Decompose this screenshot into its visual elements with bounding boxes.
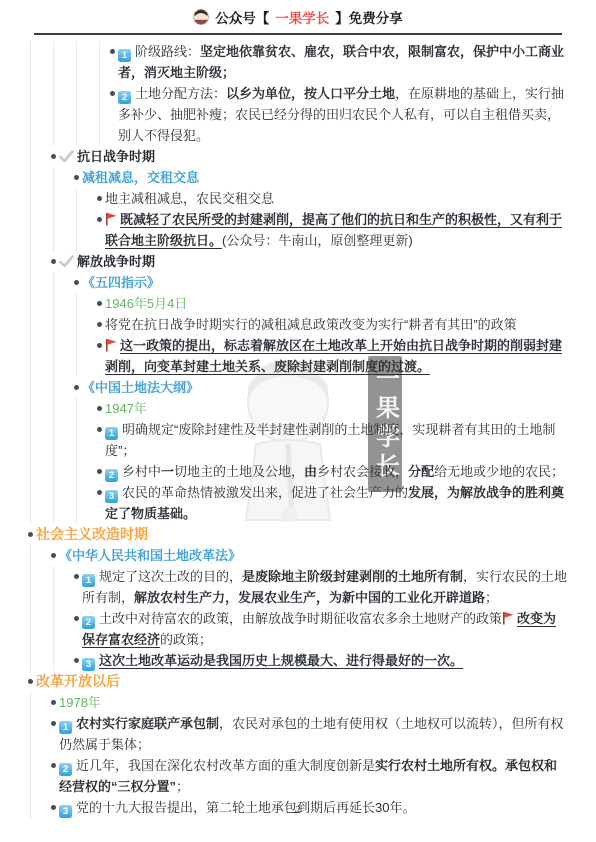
text-segment: 乡村中 xyxy=(122,464,161,479)
outline-node: 1农村实行家庭联产承包制，农民对承包的土地有使用权（土地权可以流转），但所有权仍… xyxy=(47,713,568,755)
text-segment: 解放农村生产力，发展农业生产，为新中国的工业化开辟道路 xyxy=(134,590,485,605)
outline-text: 3农民的革命热情被激发出来，促进了社会生产力的发展，为解放战争的胜利奠定了物质基… xyxy=(105,482,568,524)
outline-row: 2近几年，我国在深化农村改革方面的重大制度创新是实行农村土地所有权。承包权和经营… xyxy=(47,755,568,797)
outline-text: 1946年5月4日 xyxy=(105,293,568,314)
account-avatar-icon xyxy=(193,9,209,25)
outline-row: 抗日战争时期 xyxy=(47,146,568,167)
outline-text: 1947年 xyxy=(105,398,568,419)
check-icon xyxy=(59,150,74,163)
outline-node: 抗日战争时期减租减息，交租交息地主减租减息，农民交租交息既减轻了农民所受的封建剥… xyxy=(47,146,568,251)
outline-node: 2土改中对待富农的政策，由解放战争时期征收富农多余土地财产的政策改变为保存富农经… xyxy=(70,608,568,650)
number-badge-icon: 1 xyxy=(105,427,118,440)
outline-text: 《五四指示》 xyxy=(82,272,568,293)
outline-row: 1明确规定“废除封建性及半封建性剥削的土地制度，实现耕者有其田的土地制度”； xyxy=(93,419,568,461)
text-segment: 《中华人民共和国土地改革法》 xyxy=(59,548,241,563)
outline-node: 1阶级路线：坚定地依靠贫农、雇农，联合中农，限制富农，保护中小工商业者，消灭地主… xyxy=(106,41,568,83)
outline-node: 1946年5月4日 xyxy=(93,293,568,314)
outline-row: 2土改中对待富农的政策，由解放战争时期征收富农多余土地财产的政策改变为保存富农经… xyxy=(70,608,568,650)
bullet-dot xyxy=(47,755,59,797)
outline-text: 1规定了这次土改的目的，是废除地主阶级封建剥削的土地所有制，实行农民的土地所有制… xyxy=(82,566,568,608)
page-number: 2 xyxy=(0,804,596,816)
bullet-dot xyxy=(47,146,59,167)
outline-row: 1规定了这次土改的目的，是废除地主阶级封建剥削的土地所有制，实行农民的土地所有制… xyxy=(70,566,568,608)
text-segment: 规定了这次土改的目的， xyxy=(99,569,242,584)
outline-node: 1阶级路线：坚定地依靠贫农、雇农，联合中农，限制富农，保护中小工商业者，消灭地主… xyxy=(47,41,568,146)
text-segment: 以乡为单位，按人口平分土地 xyxy=(226,86,395,101)
document-body: 1阶级路线：坚定地依靠贫农、雇农，联合中农，限制富农，保护中小工商业者，消灭地主… xyxy=(0,35,596,818)
text-segment: 减租减息，交租交息 xyxy=(82,170,199,185)
outline-row: 将党在抗日战争时期实行的减租减息政策改变为实行“耕者有其田”的政策 xyxy=(93,314,568,335)
outline-children: 减租减息，交租交息地主减租减息，农民交租交息既减轻了农民所受的封建剥削，提高了他… xyxy=(53,167,568,251)
outline-text: 2土改中对待富农的政策，由解放战争时期征收富农多余土地财产的政策改变为保存富农经… xyxy=(82,608,568,650)
text-segment: 改革开放以后 xyxy=(36,673,120,689)
header-title-prefix: 公众号【 xyxy=(215,7,269,27)
outline-node: 地主减租减息，农民交租交息 xyxy=(93,188,568,209)
outline-text: 《中华人民共和国土地改革法》 xyxy=(59,545,568,566)
outline-row: 3农民的革命热情被激发出来，促进了社会生产力的发展，为解放战争的胜利奠定了物质基… xyxy=(93,482,568,524)
bullet-dot xyxy=(47,692,59,713)
number-badge-icon: 2 xyxy=(59,763,72,776)
outline-row: 地主减租减息，农民交租交息 xyxy=(93,188,568,209)
outline-text: 改革开放以后 xyxy=(36,671,568,692)
text-segment: 明确规定“废除封建性及半封建性剥削的土地制度，实现耕者有其田的土地制度”； xyxy=(105,422,555,458)
outline-node: 3农民的革命热情被激发出来，促进了社会生产力的发展，为解放战争的胜利奠定了物质基… xyxy=(93,482,568,524)
outline-root: 1阶级路线：坚定地依靠贫农、雇农，联合中农，限制富农，保护中小工商业者，消灭地主… xyxy=(24,41,568,818)
check-icon xyxy=(59,255,74,268)
outline-row: 既减轻了农民所受的封建剥削，提高了他们的抗日和生产的积极性，又有利于联合地主阶级… xyxy=(93,209,568,251)
outline-row: 2土地分配方法：以乡为单位，按人口平分土地，在原耕地的基础上，实行抽多补少、抽肥… xyxy=(106,83,568,146)
bullet-dot xyxy=(47,251,59,272)
outline-node: 2近几年，我国在深化农村改革方面的重大制度创新是实行农村土地所有权。承包权和经营… xyxy=(47,755,568,797)
outline-text: 2乡村中一切地主的土地及公地，由乡村农会接收，分配给无地或少地的农民； xyxy=(105,461,568,482)
flag-icon xyxy=(105,212,117,226)
text-segment: 1978年 xyxy=(59,695,101,710)
number-badge-icon: 3 xyxy=(82,658,95,671)
number-badge-icon: 1 xyxy=(82,574,95,587)
text-segment: 农村实行家庭联产承包制 xyxy=(76,716,219,731)
number-badge-icon: 3 xyxy=(105,490,118,503)
outline-children: 1978年1农村实行家庭联产承包制，农民对承包的土地有使用权（土地权可以流转），… xyxy=(30,692,568,818)
page-header: 公众号【一果学长】免费分享 xyxy=(34,0,562,35)
outline-text: 这一政策的提出，标志着解放区在土地改革上开始由抗日战争时期的削弱封建剥削，向变革… xyxy=(105,335,568,377)
text-segment: 农民的革命热情被激发出来，促进了社会生产力的 xyxy=(122,485,408,500)
text-segment: 土改中对待富农的政策，由解放战争时期征收富农多余土地财产的政策 xyxy=(99,611,502,626)
outline-row: 1农村实行家庭联产承包制，农民对承包的土地有使用权（土地权可以流转），但所有权仍… xyxy=(47,713,568,755)
outline-text: 抗日战争时期 xyxy=(59,146,568,167)
outline-children: 1947年1明确规定“废除封建性及半封建性剥削的土地制度，实现耕者有其田的土地制… xyxy=(76,398,568,524)
outline-row: 减租减息，交租交息 xyxy=(70,167,568,188)
outline-text: 既减轻了农民所受的封建剥削，提高了他们的抗日和生产的积极性，又有利于联合地主阶级… xyxy=(105,209,568,251)
bullet-dot xyxy=(70,650,82,671)
text-segment: 给无地或少地的农民； xyxy=(434,464,564,479)
outline-node: 2乡村中一切地主的土地及公地，由乡村农会接收，分配给无地或少地的农民； xyxy=(93,461,568,482)
bullet-dot xyxy=(106,83,118,146)
text-segment: 近几年，我国在深化农村改革方面的重大制度创新是 xyxy=(76,758,375,773)
outline-children: 1阶级路线：坚定地依靠贫农、雇农，联合中农，限制富农，保护中小工商业者，消灭地主… xyxy=(53,41,568,146)
number-badge-icon: 2 xyxy=(105,469,118,482)
outline-row: 1阶级路线：坚定地依靠贫农、雇农，联合中农，限制富农，保护中小工商业者，消灭地主… xyxy=(106,41,568,83)
number-badge-icon: 2 xyxy=(82,616,95,629)
outline-node: 社会主义改造时期《中华人民共和国土地改革法》1规定了这次土改的目的，是废除地主阶… xyxy=(24,524,568,671)
outline-children: 1规定了这次土改的目的，是废除地主阶级封建剥削的土地所有制，实行农民的土地所有制… xyxy=(53,566,568,671)
outline-text: 《中国土地法大纲》 xyxy=(82,377,568,398)
text-segment: 《中国土地法大纲》 xyxy=(82,380,199,395)
outline-row: 1978年 xyxy=(47,692,568,713)
outline-node: 1阶级路线：坚定地依靠贫农、雇农，联合中农，限制富农，保护中小工商业者，消灭地主… xyxy=(70,41,568,146)
outline-children: 1阶级路线：坚定地依靠贫农、雇农，联合中农，限制富农，保护中小工商业者，消灭地主… xyxy=(76,41,568,146)
text-segment: 这一政策的提出，标志着解放区在土地改革上开始由抗日战争时期的削弱封建剥削，向变革… xyxy=(105,338,562,374)
bullet-dot xyxy=(93,209,105,251)
outline-text: 减租减息，交租交息 xyxy=(82,167,568,188)
outline-text: 1阶级路线：坚定地依靠贫农、雇农，联合中农，限制富农，保护中小工商业者，消灭地主… xyxy=(118,41,568,83)
outline-text: 地主减租减息，农民交租交息 xyxy=(105,188,568,209)
text-segment: ； xyxy=(176,779,189,794)
bullet-dot xyxy=(70,167,82,188)
flag-icon xyxy=(105,338,117,352)
outline-node: 《中国土地法大纲》1947年1明确规定“废除封建性及半封建性剥削的土地制度，实现… xyxy=(70,377,568,524)
bullet-dot xyxy=(93,188,105,209)
bullet-dot xyxy=(24,524,36,545)
outline-text: 2近几年，我国在深化农村改革方面的重大制度创新是实行农村土地所有权。承包权和经营… xyxy=(59,755,568,797)
bullet-dot xyxy=(70,608,82,650)
outline-text: 解放战争时期 xyxy=(59,251,568,272)
flag-icon xyxy=(502,611,514,625)
outline-node: 2土地分配方法：以乡为单位，按人口平分土地，在原耕地的基础上，实行抽多补少、抽肥… xyxy=(106,83,568,146)
text-segment: 《五四指示》 xyxy=(82,275,160,290)
outline-node: 《中华人民共和国土地改革法》1规定了这次土改的目的，是废除地主阶级封建剥削的土地… xyxy=(47,545,568,671)
bullet-dot xyxy=(106,41,118,83)
outline-row: 2乡村中一切地主的土地及公地，由乡村农会接收，分配给无地或少地的农民； xyxy=(93,461,568,482)
outline-row: 1947年 xyxy=(93,398,568,419)
header-title-suffix: 】免费分享 xyxy=(335,7,403,27)
text-segment: 的政策； xyxy=(160,632,212,647)
outline-children: 《中华人民共和国土地改革法》1规定了这次土改的目的，是废除地主阶级封建剥削的土地… xyxy=(30,545,568,671)
bullet-dot xyxy=(70,272,82,293)
header-title-brand: 一果学长 xyxy=(275,7,329,27)
outline-node: 将党在抗日战争时期实行的减租减息政策改变为实行“耕者有其田”的政策 xyxy=(93,314,568,335)
text-segment: 阶级路线： xyxy=(135,44,200,59)
text-segment: 社会主义改造时期 xyxy=(36,526,148,542)
outline-children: 地主减租减息，农民交租交息既减轻了农民所受的封建剥削，提高了他们的抗日和生产的积… xyxy=(76,188,568,251)
text-segment: 乡村农会接收， xyxy=(317,464,408,479)
text-segment: ； xyxy=(485,590,498,605)
number-badge-icon: 2 xyxy=(118,91,131,104)
outline-node: 减租减息，交租交息地主减租减息，农民交租交息既减轻了农民所受的封建剥削，提高了他… xyxy=(70,167,568,251)
outline-row: 社会主义改造时期 xyxy=(24,524,568,545)
outline-text: 1明确规定“废除封建性及半封建性剥削的土地制度，实现耕者有其田的土地制度”； xyxy=(105,419,568,461)
text-segment: 是废除地主阶级封建剥削的土地所有制 xyxy=(242,569,463,584)
outline-text: 1978年 xyxy=(59,692,568,713)
outline-text: 2土地分配方法：以乡为单位，按人口平分土地，在原耕地的基础上，实行抽多补少、抽肥… xyxy=(118,83,568,146)
text-segment: (公众号：牛南山，原创整理更新) xyxy=(222,233,413,248)
outline-node: 1978年 xyxy=(47,692,568,713)
outline-row: 《五四指示》 xyxy=(70,272,568,293)
outline-row: 解放战争时期 xyxy=(47,251,568,272)
text-segment: 1947年 xyxy=(105,401,147,416)
outline-text: 1农村实行家庭联产承包制，农民对承包的土地有使用权（土地权可以流转），但所有权仍… xyxy=(59,713,568,755)
bullet-dot xyxy=(47,545,59,566)
bullet-dot xyxy=(93,398,105,419)
outline-row: 《中国土地法大纲》 xyxy=(70,377,568,398)
bullet-dot xyxy=(93,482,105,524)
text-segment: 分配 xyxy=(408,464,434,479)
outline-node: 这一政策的提出，标志着解放区在土地改革上开始由抗日战争时期的削弱封建剥削，向变革… xyxy=(93,335,568,377)
outline-node: 《五四指示》1946年5月4日将党在抗日战争时期实行的减租减息政策改变为实行“耕… xyxy=(70,272,568,377)
bullet-dot xyxy=(93,461,105,482)
bullet-dot xyxy=(70,377,82,398)
text-segment: 将党在抗日战争时期实行的减租减息政策改变为实行“耕者有其田”的政策 xyxy=(105,317,517,332)
outline-children: 1阶级路线：坚定地依靠贫农、雇农，联合中农，限制富农，保护中小工商业者，消灭地主… xyxy=(30,41,568,524)
text-segment: 一 xyxy=(161,464,174,479)
outline-node: 1阶级路线：坚定地依靠贫农、雇农，联合中农，限制富农，保护中小工商业者，消灭地主… xyxy=(24,41,568,524)
outline-children: 1946年5月4日将党在抗日战争时期实行的减租减息政策改变为实行“耕者有其田”的… xyxy=(76,293,568,377)
outline-text: 3这次土地改革运动是我国历史上规模最大、进行得最好的一次。 xyxy=(82,650,568,671)
text-segment: 切地主的土地及公地， xyxy=(174,464,304,479)
text-segment: 这次土地改革运动是我国历史上规模最大、进行得最好的一次。 xyxy=(99,653,463,668)
outline-children: 1阶级路线：坚定地依靠贫农、雇农，联合中农，限制富农，保护中小工商业者，消灭地主… xyxy=(99,41,568,146)
text-segment: 抗日战争时期 xyxy=(77,149,155,164)
outline-text: 社会主义改造时期 xyxy=(36,524,568,545)
outline-node: 改革开放以后1978年1农村实行家庭联产承包制，农民对承包的土地有使用权（土地权… xyxy=(24,671,568,818)
bullet-dot xyxy=(93,419,105,461)
outline-node: 3这次土地改革运动是我国历史上规模最大、进行得最好的一次。 xyxy=(70,650,568,671)
bullet-dot xyxy=(93,293,105,314)
bullet-dot xyxy=(93,335,105,377)
bullet-dot xyxy=(93,314,105,335)
number-badge-icon: 1 xyxy=(118,49,131,62)
text-segment: 1946年5月4日 xyxy=(105,296,187,311)
text-segment: 解放战争时期 xyxy=(77,254,155,269)
outline-row: 改革开放以后 xyxy=(24,671,568,692)
text-segment: 由 xyxy=(304,464,317,479)
outline-node: 1阶级路线：坚定地依靠贫农、雇农，联合中农，限制富农，保护中小工商业者，消灭地主… xyxy=(93,41,568,146)
text-segment: 土地分配方法： xyxy=(135,86,226,101)
outline-row: 《中华人民共和国土地改革法》 xyxy=(47,545,568,566)
outline-node: 1规定了这次土改的目的，是废除地主阶级封建剥削的土地所有制，实行农民的土地所有制… xyxy=(70,566,568,608)
outline-row: 1946年5月4日 xyxy=(93,293,568,314)
number-badge-icon: 1 xyxy=(59,721,72,734)
outline-text: 将党在抗日战争时期实行的减租减息政策改变为实行“耕者有其田”的政策 xyxy=(105,314,568,335)
outline-node: 解放战争时期《五四指示》1946年5月4日将党在抗日战争时期实行的减租减息政策改… xyxy=(47,251,568,524)
bullet-dot xyxy=(24,671,36,692)
bullet-dot xyxy=(47,713,59,755)
outline-children: 《五四指示》1946年5月4日将党在抗日战争时期实行的减租减息政策改变为实行“耕… xyxy=(53,272,568,524)
outline-node: 既减轻了农民所受的封建剥削，提高了他们的抗日和生产的积极性，又有利于联合地主阶级… xyxy=(93,209,568,251)
outline-row: 这一政策的提出，标志着解放区在土地改革上开始由抗日战争时期的削弱封建剥削，向变革… xyxy=(93,335,568,377)
outline-node: 1947年 xyxy=(93,398,568,419)
text-segment: 地主减租减息，农民交租交息 xyxy=(105,191,274,206)
outline-row: 3这次土地改革运动是我国历史上规模最大、进行得最好的一次。 xyxy=(70,650,568,671)
bullet-dot xyxy=(70,566,82,608)
outline-node: 1明确规定“废除封建性及半封建性剥削的土地制度，实现耕者有其田的土地制度”； xyxy=(93,419,568,461)
